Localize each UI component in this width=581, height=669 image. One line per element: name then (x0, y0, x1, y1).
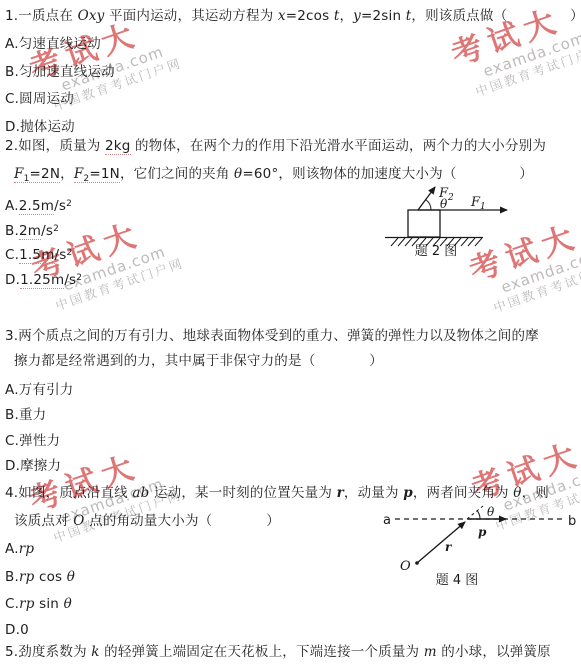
origin-dot (415, 561, 419, 565)
question-4-stem-line2: 该质点对 O 点的角动量大小为（ ） (14, 513, 280, 529)
force-f2-arrow (418, 187, 435, 210)
block-box (408, 210, 440, 237)
position-vector-r-arrow (417, 522, 465, 563)
figure-2-caption: 题 2 图 (415, 244, 458, 259)
watermark-tagline: 中国教育考试门户网 (474, 43, 581, 99)
question-1-option-b: B.匀加速直线运动 (5, 64, 115, 80)
watermark-tagline: 中国教育考试门户网 (492, 259, 581, 315)
question-4-option-d: D.0 (5, 622, 29, 638)
question-5-stem: 5.劲度系数为 k 的轻弹簧上端固定在天花板上，下端连接一个质量为 m 的小球，… (5, 644, 551, 660)
question-4-option-a: A.rp (5, 541, 34, 557)
origin-o-label: O (400, 559, 411, 574)
watermark-brand: 考试大 (26, 441, 173, 518)
question-2-option-d: D.1.25m/s2 (5, 272, 82, 288)
question-3-stem-line1: 3.两个质点之间的万有引力、地球表面物体受到的重力、弹簧的弹性力以及物体之间的摩 (5, 328, 539, 344)
question-2-option-b: B.2m/s2 (5, 223, 59, 239)
theta-label: θ (440, 197, 448, 211)
question-3-option-a: A.万有引力 (5, 382, 74, 398)
angle-arc (477, 511, 480, 520)
r-extension-dashed (467, 506, 483, 519)
question-4-option-c: C.rp sin θ (5, 596, 72, 612)
question-2-figure: F1 F2 θ 题 2 图 (383, 182, 518, 264)
vector-r-label: r (445, 540, 453, 554)
force-f1-label: F1 (470, 195, 486, 212)
question-3-option-b: B.重力 (5, 407, 46, 423)
question-1-option-d: D.抛体运动 (5, 119, 75, 135)
question-2-stem-line2: F1=2N，F2=1N，它们之间的夹角 θ=60°，则该物体的加速度大小为（ ） (14, 166, 533, 182)
figure-4-caption: 题 4 图 (436, 573, 479, 588)
question-1-stem: 1.一质点在 Oxy 平面内运动，其运动方程为 x=2cos t，y=2sin … (5, 8, 581, 24)
point-b-label: b (568, 514, 576, 529)
exam-page: 考试大 examda.com 中国教育考试门户网 考试大 examda.com … (0, 0, 581, 669)
question-3-option-c: C.弹性力 (5, 433, 60, 449)
question-1-option-a: A.匀速直线运动 (5, 36, 101, 52)
watermark-domain: examda.com (481, 26, 581, 80)
question-3-stem-line2: 擦力都是经常遇到的力，其中属于非保守力的是（ ） (14, 353, 383, 369)
question-4-option-b: B.rp cos θ (5, 569, 75, 585)
question-2-option-a: A.2.5m/s2 (5, 198, 72, 214)
vector-p-label: p (478, 525, 487, 539)
question-3-option-d: D.摩擦力 (5, 458, 61, 474)
question-1-option-c: C.圆周运动 (5, 91, 74, 107)
angle-arc (426, 200, 431, 211)
question-2-option-c: C.1.5m/s2 (5, 247, 72, 263)
question-4-figure: a b O r p θ 题 4 图 (375, 498, 581, 590)
point-a-label: a (383, 513, 391, 528)
theta-label: θ (487, 505, 495, 519)
question-2-stem-line1: 2.如图，质量为 2kg 的物体，在两个力的作用下沿光滑水平面运动，两个力的大小… (5, 138, 546, 154)
